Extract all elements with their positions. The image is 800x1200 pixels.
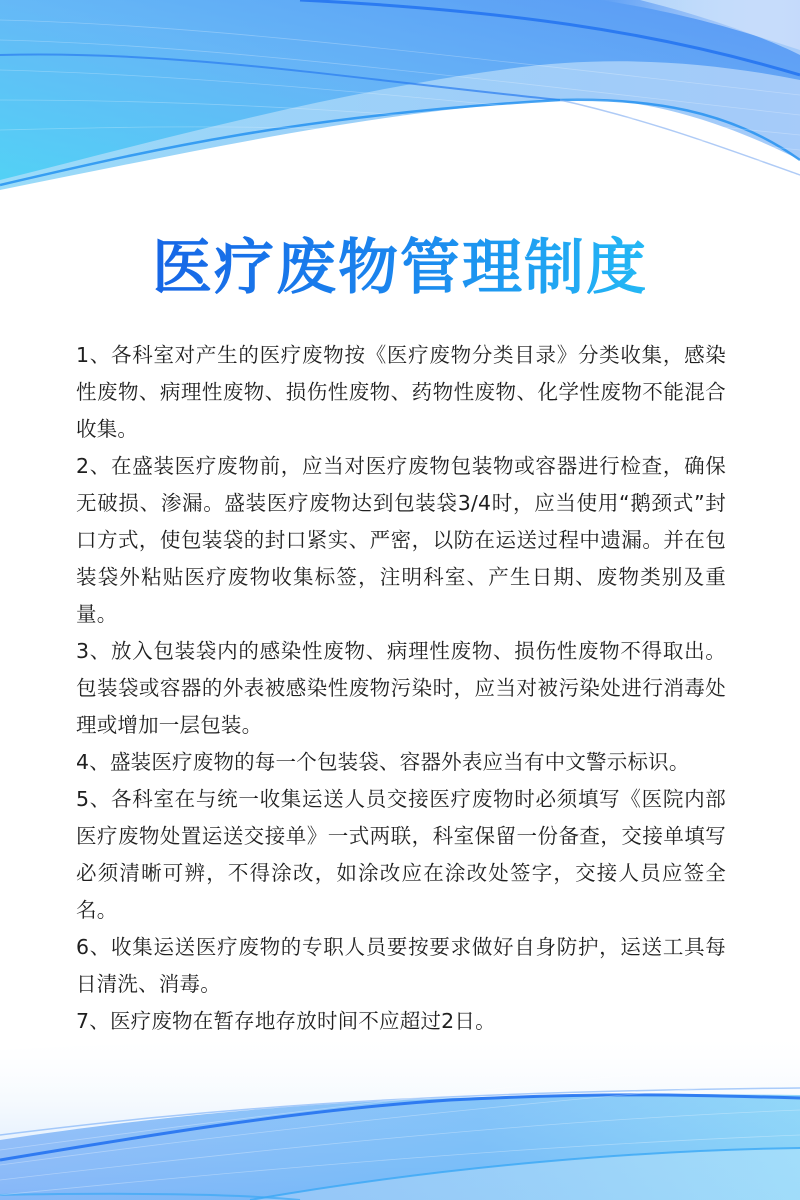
rule-item-4: 4、盛装医疗废物的每一个包装袋、容器外表应当有中文警示标识。 <box>76 744 726 781</box>
rules-list: 1、各科室对产生的医疗废物按《医疗废物分类目录》分类收集，感染性废物、病理性废物… <box>76 337 726 1040</box>
rule-item-2: 2、在盛装医疗废物前，应当对医疗废物包装物或容器进行检查，确保无破损、渗漏。盛装… <box>76 448 726 633</box>
rule-item-7: 7、医疗废物在暂存地存放时间不应超过2日。 <box>76 1003 726 1040</box>
rule-item-3: 3、放入包装袋内的感染性废物、病理性废物、损伤性废物不得取出。包装袋或容器的外表… <box>76 633 726 744</box>
rule-item-6: 6、收集运送医疗废物的专职人员要按要求做好自身防护，运送工具每日清洗、消毒。 <box>76 929 726 1003</box>
rule-item-1: 1、各科室对产生的医疗废物按《医疗废物分类目录》分类收集，感染性废物、病理性废物… <box>76 337 726 448</box>
rule-item-5: 5、各科室在与统一收集运送人员交接医疗废物时必须填写《医院内部医疗废物处置运送交… <box>76 781 726 929</box>
poster-title-text: 医疗废物管理制度 <box>152 233 648 303</box>
top-wave-decoration <box>0 0 800 200</box>
poster-title: 医疗废物管理制度 <box>0 228 800 308</box>
